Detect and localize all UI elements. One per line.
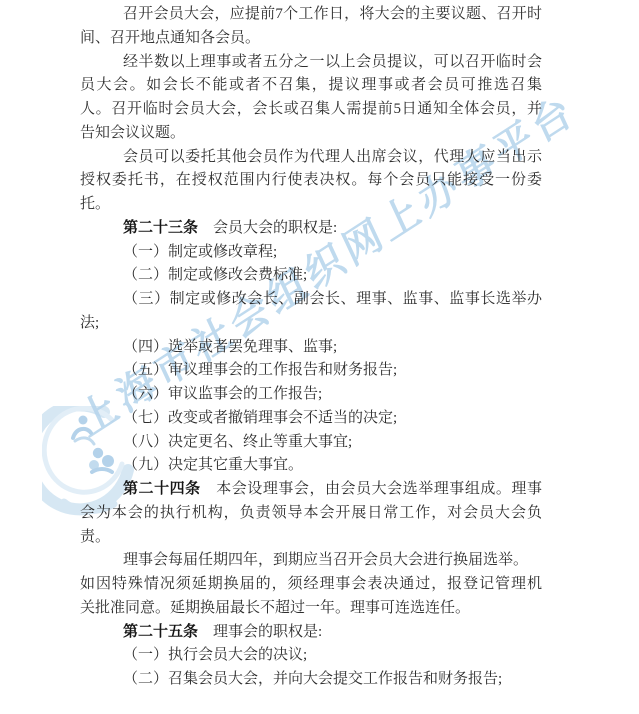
line-text: 本会设理事会，由会员大会选举理事组成。理事 xyxy=(216,481,542,497)
document-line: 第二十四条 本会设理事会，由会员大会选举理事组成。理事 xyxy=(80,478,542,502)
document-body: 召开会员大会，应提前7个工作日，将大会的主要议题、召开时间、召开地点通知各会员。… xyxy=(80,3,542,692)
document-line: 人。召开临时会员大会，会长或召集人需提前5日通知全体会员，并 xyxy=(80,98,542,122)
article-number: 第二十三条 xyxy=(123,220,198,236)
line-text: 如因特殊情况须延期换届的，须经理事会表决通过，报登记管理机 xyxy=(80,576,542,592)
document-line: （一）制定或修改章程; xyxy=(80,241,542,265)
line-text: 理事会每届任期四年，到期应当召开会员大会进行换届选举。 xyxy=(123,552,528,568)
document-line: 托。 xyxy=(80,193,542,217)
line-text: 授权委托书，在授权范围内行使表决权。每个会员只能接受一份委 xyxy=(80,172,542,188)
document-line: 会员可以委托其他会员作为代理人出席会议，代理人应当出示 xyxy=(80,146,542,170)
line-text: 告知会议议题。 xyxy=(80,125,185,141)
line-text: 理事会的职权是: xyxy=(213,624,322,640)
document-line: （四）选举或者罢免理事、监事; xyxy=(80,336,542,360)
line-text: 员大会。如会长不能或者不召集，提议理事或者会员可推选召集 xyxy=(80,77,542,93)
document-line: 授权委托书，在授权范围内行使表决权。每个会员只能接受一份委 xyxy=(80,169,542,193)
line-text: 召开会员大会，应提前7个工作日，将大会的主要议题、召开时 xyxy=(123,6,542,22)
document-line: 理事会每届任期四年，到期应当召开会员大会进行换届选举。 xyxy=(80,549,542,573)
line-text: 间、召开地点通知各会员。 xyxy=(80,30,260,46)
document-line: （六）审议监事会的工作报告; xyxy=(80,383,542,407)
article-number: 第二十五条 xyxy=(123,624,198,640)
line-text: （六）审议监事会的工作报告; xyxy=(123,386,322,402)
line-text: （五）审议理事会的工作报告和财务报告; xyxy=(123,362,397,378)
line-text: （七）改变或者撤销理事会不适当的决定; xyxy=(123,410,397,426)
line-text: 人。召开临时会员大会，会长或召集人需提前5日通知全体会员，并 xyxy=(80,101,542,117)
line-text: （二）召集会员大会，并向大会提交工作报告和财务报告; xyxy=(123,671,502,687)
document-line: （一）执行会员大会的决议; xyxy=(80,644,542,668)
line-text: 会员大会的职权是: xyxy=(213,220,337,236)
document-line: 会为本会的执行机构，负责领导本会开展日常工作，对会员大会负 xyxy=(80,502,542,526)
line-text: 法; xyxy=(80,315,99,331)
line-text: 托。 xyxy=(80,196,110,212)
article-number: 第二十四条 xyxy=(123,481,201,497)
document-line: 第二十五条 理事会的职权是: xyxy=(80,621,542,645)
line-text: 责。 xyxy=(80,529,110,545)
line-text: （一）制定或修改章程; xyxy=(123,244,277,260)
document-line: 法; xyxy=(80,312,542,336)
line-text: 会为本会的执行机构，负责领导本会开展日常工作，对会员大会负 xyxy=(80,505,542,521)
line-text: （九）决定其它重大事宜。 xyxy=(123,457,303,473)
line-text: （八）决定更名、终止等重大事宜; xyxy=(123,434,352,450)
line-text: 会员可以委托其他会员作为代理人出席会议，代理人应当出示 xyxy=(123,149,542,165)
document-page: { "page": { "background": "#ffffff", "te… xyxy=(0,0,639,714)
line-text: （三）制定或修改会长、副会长、理事、监事、监事长选举办 xyxy=(123,291,542,307)
document-line: （五）审议理事会的工作报告和财务报告; xyxy=(80,359,542,383)
document-line: （八）决定更名、终止等重大事宜; xyxy=(80,431,542,455)
document-line: （二）制定或修改会费标准; xyxy=(80,264,542,288)
document-line: （二）召集会员大会，并向大会提交工作报告和财务报告; xyxy=(80,668,542,692)
document-line: 如因特殊情况须延期换届的，须经理事会表决通过，报登记管理机 xyxy=(80,573,542,597)
line-text: （四）选举或者罢免理事、监事; xyxy=(123,339,337,355)
line-text: （二）制定或修改会费标准; xyxy=(123,267,307,283)
document-line: 关批准同意。延期换届最长不超过一年。理事可连选连任。 xyxy=(80,597,542,621)
document-line: 第二十三条 会员大会的职权是: xyxy=(80,217,542,241)
document-line: （九）决定其它重大事宜。 xyxy=(80,454,542,478)
document-line: 责。 xyxy=(80,526,542,550)
document-line: 员大会。如会长不能或者不召集，提议理事或者会员可推选召集 xyxy=(80,74,542,98)
document-line: 召开会员大会，应提前7个工作日，将大会的主要议题、召开时 xyxy=(80,3,542,27)
line-text: （一）执行会员大会的决议; xyxy=(123,647,307,663)
line-text: 关批准同意。延期换届最长不超过一年。理事可连选连任。 xyxy=(80,600,470,616)
line-text: 经半数以上理事或者五分之一以上会员提议，可以召开临时会 xyxy=(123,54,542,70)
document-line: 经半数以上理事或者五分之一以上会员提议，可以召开临时会 xyxy=(80,51,542,75)
document-line: （七）改变或者撤销理事会不适当的决定; xyxy=(80,407,542,431)
document-line: （三）制定或修改会长、副会长、理事、监事、监事长选举办 xyxy=(80,288,542,312)
document-line: 间、召开地点通知各会员。 xyxy=(80,27,542,51)
document-line: 告知会议议题。 xyxy=(80,122,542,146)
